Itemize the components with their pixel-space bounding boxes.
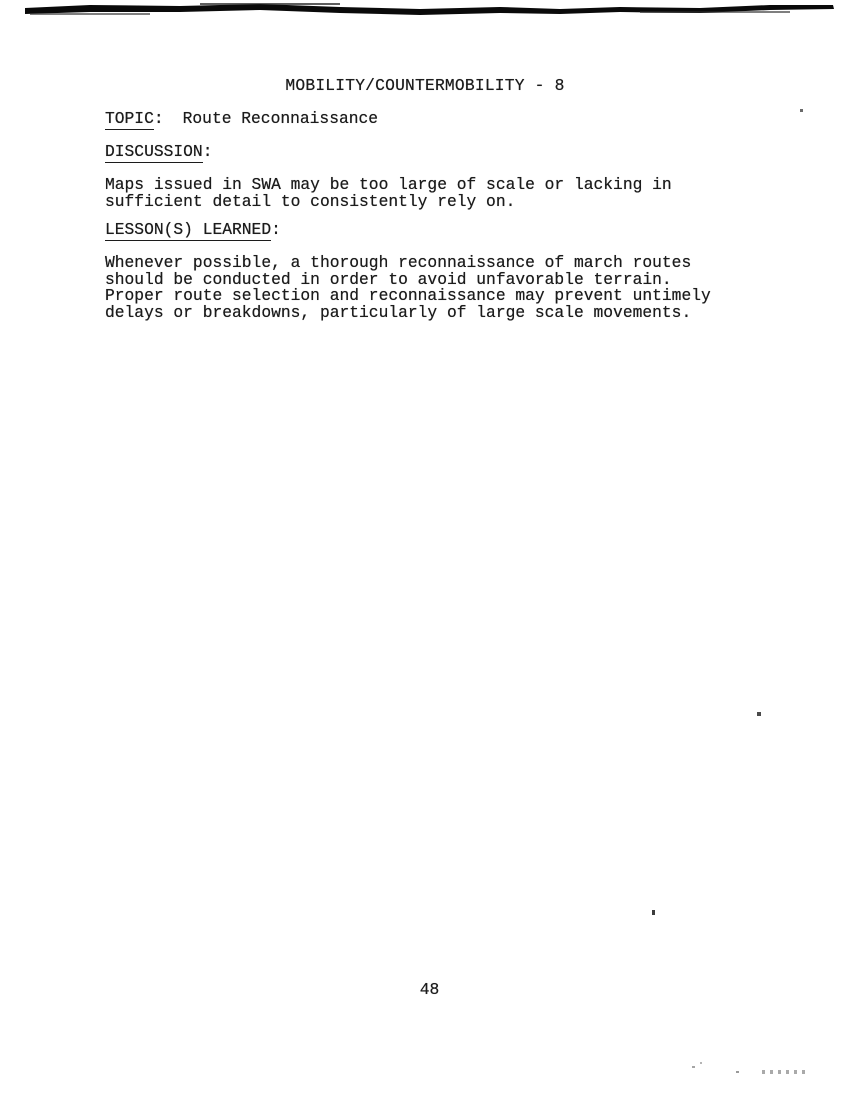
discussion-heading: DISCUSSION: — [105, 144, 213, 161]
scan-speck-row — [762, 1070, 808, 1074]
topic-value: Route Reconnaissance — [183, 109, 378, 128]
scan-speck — [652, 910, 655, 915]
page-title: MOBILITY/COUNTERMOBILITY - 8 — [0, 78, 850, 95]
topic-line: TOPIC:Route Reconnaissance — [105, 111, 378, 128]
discussion-colon: : — [203, 142, 213, 161]
scan-speck — [736, 1071, 739, 1073]
topic-label: TOPIC — [105, 109, 154, 130]
page-number: 48 — [0, 982, 850, 999]
lesson-label: LESSON(S) LEARNED — [105, 220, 271, 241]
scan-speck — [692, 1066, 695, 1068]
topic-colon: : — [154, 109, 164, 128]
scan-speck — [700, 1062, 702, 1064]
discussion-body: Maps issued in SWA may be too large of s… — [105, 176, 672, 210]
lesson-colon: : — [271, 220, 281, 239]
scan-speck — [800, 109, 803, 112]
scan-artifact-top-bar — [0, 0, 850, 22]
lesson-body: Whenever possible, a thorough reconnaiss… — [105, 255, 711, 321]
scan-speck — [757, 712, 761, 716]
document-page: MOBILITY/COUNTERMOBILITY - 8 TOPIC:Route… — [0, 0, 850, 1094]
discussion-label: DISCUSSION — [105, 142, 203, 163]
lesson-heading: LESSON(S) LEARNED: — [105, 222, 281, 239]
